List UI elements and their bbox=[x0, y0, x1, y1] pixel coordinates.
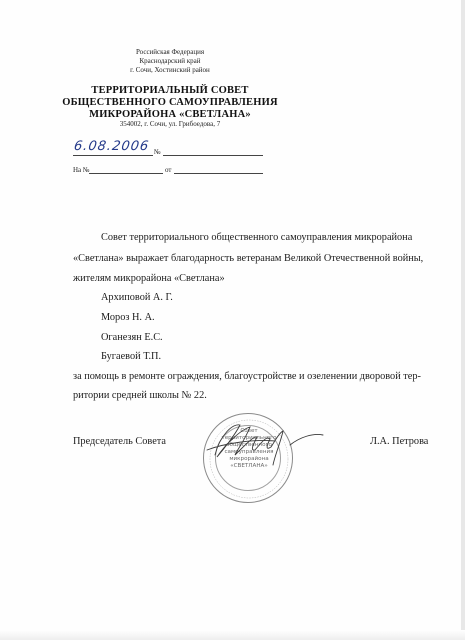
body-paragraph-line1: Совет территориального общественного сам… bbox=[101, 230, 412, 245]
number-label: № bbox=[154, 148, 161, 156]
letterhead-country: Российская Федерация bbox=[70, 48, 270, 57]
letterhead-address: 354002, г. Сочи, ул. Грибоедова, 7 bbox=[70, 120, 270, 128]
from-label: от bbox=[165, 166, 171, 174]
letterhead-city: г. Сочи, Хостинский район bbox=[70, 66, 270, 75]
handwritten-date: 6.08.2006 bbox=[73, 139, 150, 154]
signatory-name: Л.А. Петрова bbox=[370, 434, 428, 449]
document-page: Российская Федерация Краснодарский край … bbox=[0, 0, 465, 640]
number-underline bbox=[163, 155, 263, 156]
veteran-name: Архиповой А. Г. bbox=[101, 290, 173, 305]
reply-to-label: На № bbox=[73, 166, 90, 174]
page-edge-shadow bbox=[461, 0, 465, 640]
letterhead-org-line1: ТЕРРИТОРИАЛЬНЫЙ СОВЕТ bbox=[50, 85, 290, 97]
letterhead-org-line2: ОБЩЕСТВЕННОГО САМОУПРАВЛЕНИЯ bbox=[50, 97, 290, 109]
veteran-name: Мороз Н. А. bbox=[101, 310, 155, 325]
page-bottom-edge bbox=[0, 630, 465, 640]
handwritten-signature-icon bbox=[195, 415, 345, 485]
veteran-name: Оганезян Е.С. bbox=[101, 330, 163, 345]
signatory-position: Председатель Совета bbox=[73, 434, 166, 449]
body-paragraph-line2: «Светлана» выражает благодарность ветера… bbox=[73, 251, 423, 266]
reply-to-underline bbox=[89, 173, 163, 174]
date-underline bbox=[73, 155, 153, 156]
body-paragraph-line3: жителям микрорайона «Светлана» bbox=[73, 271, 225, 286]
letterhead-region: Краснодарский край bbox=[70, 57, 270, 66]
veteran-name: Бугаевой Т.П. bbox=[101, 349, 161, 364]
from-underline bbox=[174, 173, 263, 174]
body-closing-line2: ритории средней школы № 22. bbox=[73, 388, 207, 403]
body-closing-line1: за помощь в ремонте ограждения, благоуст… bbox=[73, 369, 421, 384]
